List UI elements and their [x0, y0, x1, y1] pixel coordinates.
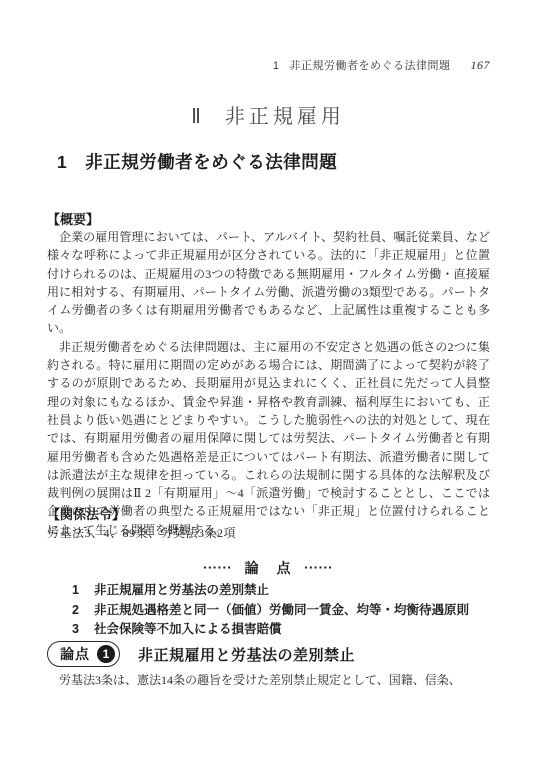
chapter-number: 1 [57, 152, 67, 173]
part-title: 非正規雇用 [225, 100, 345, 129]
topics-dots-right-icon: ▪▪▪▪▪▪ [305, 563, 334, 572]
topic-item-text: 非正規雇用と労基法の差別禁止 [94, 580, 269, 598]
topic-item-text: 社会保険等不加入による損害賠償 [94, 619, 282, 637]
chapter-title: 非正規労働者をめぐる法律問題 [85, 149, 337, 174]
topic-section-heading: 論点 1 非正規雇用と労基法の差別禁止 [47, 641, 355, 667]
topic-badge-label: 論点 [60, 644, 90, 664]
running-header: 1 非正規労働者をめぐる法律問題 167 [273, 57, 490, 73]
topic-body-text: 労基法3条は、憲法14条の趣旨を受けた差別禁止規定として、国籍、信条、 [47, 671, 490, 689]
overview-paragraph-1: 企業の雇用管理においては、パート、アルバイト、契約社員、嘱託従業員、など様々な呼… [47, 228, 490, 338]
topic-badge: 論点 1 [47, 641, 120, 667]
part-numeral: Ⅱ [191, 104, 205, 129]
overview-body: 企業の雇用管理においては、パート、アルバイト、契約社員、嘱託従業員、など様々な呼… [47, 228, 490, 539]
page-number: 167 [471, 58, 491, 73]
related-laws-label: 【関係法令】 [47, 504, 125, 523]
topic-item-number: 3 [72, 622, 79, 636]
overview-label: 【概要】 [47, 209, 99, 228]
related-laws-text: 労基法3、4、89条、労契法3条2項 [47, 524, 490, 541]
topics-title: 論 点 [245, 558, 293, 578]
topic-list-item: 3 社会保険等不加入による損害賠償 [72, 619, 492, 639]
running-title: 非正規労働者をめぐる法律問題 [290, 57, 451, 73]
topics-header: ▪▪▪▪▪▪ 論 点 ▪▪▪▪▪▪ [47, 558, 490, 578]
topic-number-circle-icon: 1 [97, 645, 115, 663]
topic-list-item: 2 非正規処遇格差と同一（価値）労働同一賃金、均等・均衡待遇原則 [72, 600, 492, 620]
book-page: 1 非正規労働者をめぐる法律問題 167 Ⅱ 非正規雇用 1 非正規労働者をめぐ… [0, 0, 536, 757]
topic-item-number: 1 [72, 583, 79, 597]
chapter-heading: 1 非正規労働者をめぐる法律問題 [57, 149, 337, 174]
running-chapter-number: 1 [273, 60, 280, 72]
topic-item-number: 2 [72, 603, 79, 617]
part-heading: Ⅱ 非正規雇用 [0, 100, 536, 129]
topics-dots-left-icon: ▪▪▪▪▪▪ [203, 563, 232, 572]
topic-item-text: 非正規処遇格差と同一（価値）労働同一賃金、均等・均衡待遇原則 [94, 600, 469, 618]
topic-list-item: 1 非正規雇用と労基法の差別禁止 [72, 580, 492, 600]
topic-list: 1 非正規雇用と労基法の差別禁止 2 非正規処遇格差と同一（価値）労働同一賃金、… [72, 580, 492, 639]
topic-section-title: 非正規雇用と労基法の差別禁止 [138, 644, 355, 665]
